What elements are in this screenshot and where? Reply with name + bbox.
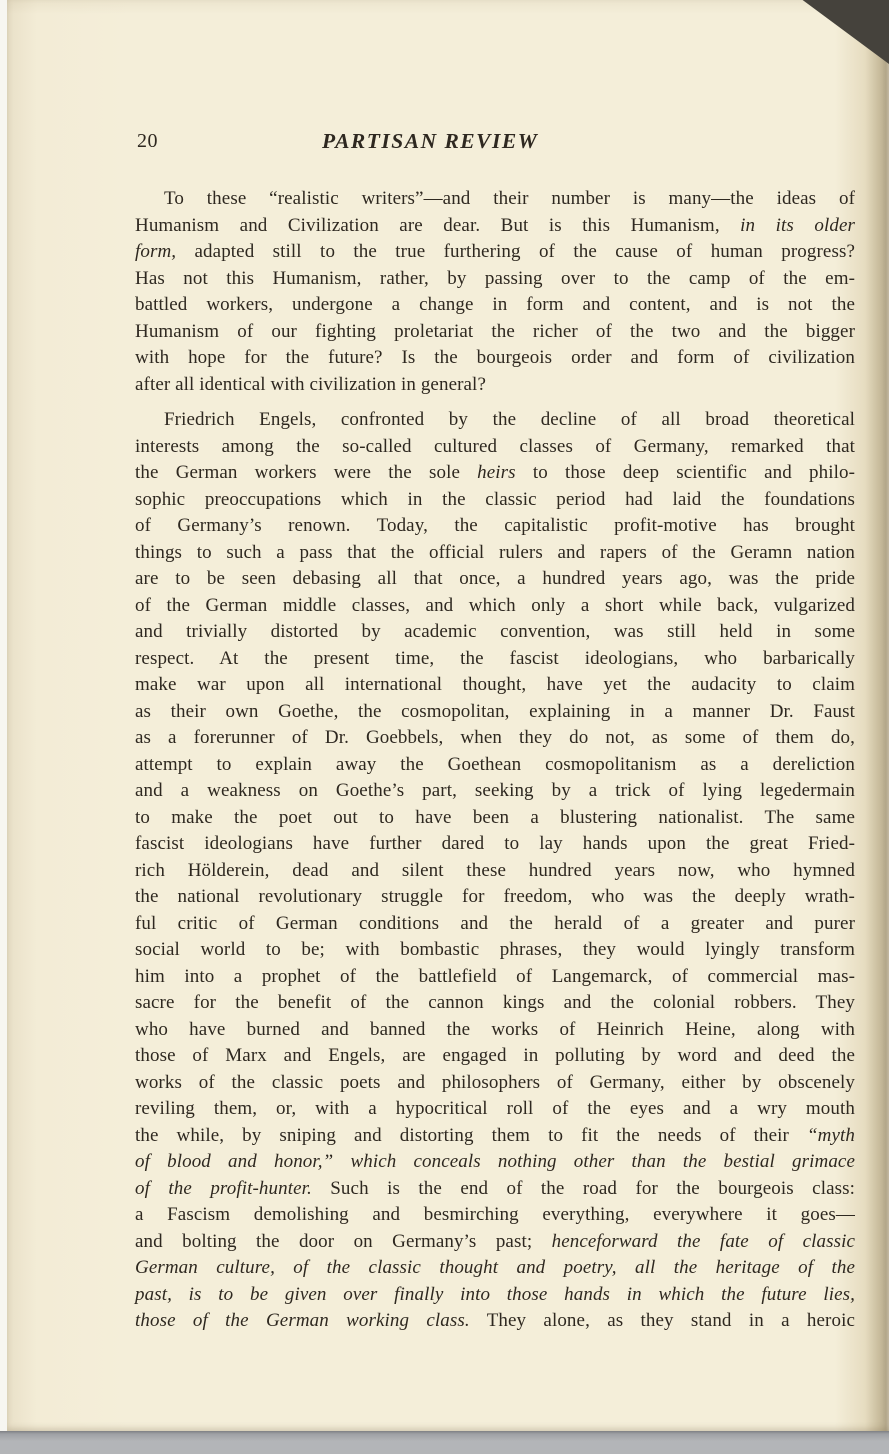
text-line: reviling them, or, with a hypocritical r… [135, 1096, 855, 1123]
text-segment: as their own Goethe, the cosmopolitan, e… [135, 701, 855, 722]
text-segment: who have burned and banned the works of … [135, 1019, 855, 1040]
text-segment: and a weakness on Goethe’s part, seeking… [135, 780, 855, 801]
text-segment: make war upon all international thought,… [135, 674, 855, 695]
text-line: works of the classic poets and philosoph… [135, 1070, 855, 1097]
text-segment: rich Hölderein, dead and silent these hu… [135, 860, 855, 881]
italic-text-segment: German culture, of the classic thought a… [135, 1257, 855, 1278]
text-line: form, adapted still to the true furtheri… [135, 239, 855, 266]
text-line: after all identical with civilization in… [135, 372, 855, 399]
text-segment: are to be seen debasing all that once, a… [135, 568, 855, 589]
text-segment: things to such a pass that the official … [135, 542, 855, 563]
page-number: 20 [137, 130, 158, 153]
text-line: respect. At the present time, the fascis… [135, 646, 855, 673]
text-line: sacre for the benefit of the cannon king… [135, 990, 855, 1017]
scan-page: 20 PARTISAN REVIEW To these “realistic w… [7, 0, 889, 1431]
text-segment: those of Marx and Engels, are engaged in… [135, 1045, 855, 1066]
text-line: the while, by sniping and distorting the… [135, 1123, 855, 1150]
text-segment: attempt to explain away the Goethean cos… [135, 754, 855, 775]
text-segment: sacre for the benefit of the cannon king… [135, 992, 855, 1013]
text-segment: works of the classic poets and philosoph… [135, 1072, 855, 1093]
text-segment: To these “realistic writers”—and their n… [164, 188, 855, 209]
text-line: and trivially distorted by academic conv… [135, 619, 855, 646]
text-segment: with hope for the future? Is the bourgeo… [135, 347, 855, 368]
text-segment: to make the poet out to have been a blus… [135, 807, 855, 828]
text-segment: Has not this Humanism, rather, by passin… [135, 268, 855, 289]
text-line: with hope for the future? Is the bourgeo… [135, 345, 855, 372]
text-line: sophic preoccupations which in the class… [135, 487, 855, 514]
italic-text-segment: of the profit-hunter. [135, 1178, 312, 1199]
text-segment: ful critic of German conditions and the … [135, 913, 855, 934]
text-line: of the profit-hunter. Such is the end of… [135, 1176, 855, 1203]
text-segment: the German workers were the sole [135, 462, 477, 483]
text-line: ful critic of German conditions and the … [135, 911, 855, 938]
text-segment: of the German middle classes, and which … [135, 595, 855, 616]
text-line: Humanism of our fighting proletariat the… [135, 319, 855, 346]
text-segment: and bolting the door on Germany’s past; [135, 1231, 552, 1252]
text-segment: adapted still to the true furthering of … [176, 241, 855, 262]
text-segment: reviling them, or, with a hypocritical r… [135, 1098, 855, 1119]
text-line: are to be seen debasing all that once, a… [135, 566, 855, 593]
text-line: fascist ideologians have further dared t… [135, 831, 855, 858]
text-line: battled workers, undergone a change in f… [135, 292, 855, 319]
text-segment: interests among the so-called cultured c… [135, 436, 855, 457]
text-line: to make the poet out to have been a blus… [135, 805, 855, 832]
text-line: Friedrich Engels, confronted by the decl… [135, 407, 855, 434]
text-segment: him into a prophet of the battlefield of… [135, 966, 855, 987]
text-line: German culture, of the classic thought a… [135, 1255, 855, 1282]
text-segment: sophic preoccupations which in the class… [135, 489, 855, 510]
text-segment: social world to be; with bombastic phras… [135, 939, 855, 960]
paragraph: To these “realistic writers”—and their n… [135, 186, 855, 398]
text-line: as a forerunner of Dr. Goebbels, when th… [135, 725, 855, 752]
text-segment: as a forerunner of Dr. Goebbels, when th… [135, 727, 855, 748]
text-line: and bolting the door on Germany’s past; … [135, 1229, 855, 1256]
text-segment: Humanism of our fighting proletariat the… [135, 321, 855, 342]
italic-text-segment: henceforward the fate of classic [552, 1231, 855, 1252]
text-segment: the while, by sniping and distorting the… [135, 1125, 807, 1146]
paragraph: Friedrich Engels, confronted by the decl… [135, 407, 855, 1335]
text-segment: Friedrich Engels, confronted by the decl… [164, 409, 855, 430]
text-line: a Fascism demolishing and besmirching ev… [135, 1202, 855, 1229]
text-segment: Such is the end of the road for the bour… [312, 1178, 855, 1199]
text-segment: battled workers, undergone a change in f… [135, 294, 855, 315]
text-line: of blood and honor,” which conceals noth… [135, 1149, 855, 1176]
text-segment: They alone, as they stand in a heroic [470, 1310, 855, 1331]
text-line: of Germany’s renown. Today, the capitali… [135, 513, 855, 540]
italic-text-segment: of blood and honor,” which conceals noth… [135, 1151, 855, 1172]
text-line: To these “realistic writers”—and their n… [135, 186, 855, 213]
text-line: make war upon all international thought,… [135, 672, 855, 699]
text-line: past, is to be given over finally into t… [135, 1282, 855, 1309]
text-line: the national revolutionary struggle for … [135, 884, 855, 911]
text-line: social world to be; with bombastic phras… [135, 937, 855, 964]
text-segment: respect. At the present time, the fascis… [135, 648, 855, 669]
text-segment: and trivially distorted by academic conv… [135, 621, 855, 642]
text-line: and a weakness on Goethe’s part, seeking… [135, 778, 855, 805]
italic-text-segment: heirs [477, 462, 516, 483]
text-line: the German workers were the sole heirs t… [135, 460, 855, 487]
text-line: rich Hölderein, dead and silent these hu… [135, 858, 855, 885]
text-line: those of the German working class. They … [135, 1308, 855, 1335]
text-line: interests among the so-called cultured c… [135, 434, 855, 461]
text-segment: of Germany’s renown. Today, the capitali… [135, 515, 855, 536]
text-line: Has not this Humanism, rather, by passin… [135, 266, 855, 293]
italic-text-segment: “myth [807, 1125, 855, 1146]
text-segment: fascist ideologians have further dared t… [135, 833, 855, 854]
text-line: things to such a pass that the official … [135, 540, 855, 567]
italic-text-segment: in its older [740, 215, 855, 236]
text-segment: to those deep scientific and philo- [516, 462, 855, 483]
text-segment: a Fascism demolishing and besmirching ev… [135, 1204, 855, 1225]
text-line: him into a prophet of the battlefield of… [135, 964, 855, 991]
text-segment: the national revolutionary struggle for … [135, 886, 855, 907]
text-line: attempt to explain away the Goethean cos… [135, 752, 855, 779]
text-line: those of Marx and Engels, are engaged in… [135, 1043, 855, 1070]
italic-text-segment: form, [135, 241, 176, 262]
body-text: To these “realistic writers”—and their n… [135, 186, 855, 1335]
text-segment: Humanism and Civilization are dear. But … [135, 215, 740, 236]
page-left-edge [0, 0, 7, 1454]
text-line: Humanism and Civilization are dear. But … [135, 213, 855, 240]
text-line: as their own Goethe, the cosmopolitan, e… [135, 699, 855, 726]
text-segment: after all identical with civilization in… [135, 374, 486, 395]
text-line: who have burned and banned the works of … [135, 1017, 855, 1044]
text-line: of the German middle classes, and which … [135, 593, 855, 620]
scan-bottom-edge [0, 1431, 889, 1454]
running-header: 20 PARTISAN REVIEW [135, 130, 855, 158]
italic-text-segment: those of the German working class. [135, 1310, 470, 1331]
italic-text-segment: past, is to be given over finally into t… [135, 1284, 855, 1305]
journal-title: PARTISAN REVIEW [322, 129, 538, 154]
